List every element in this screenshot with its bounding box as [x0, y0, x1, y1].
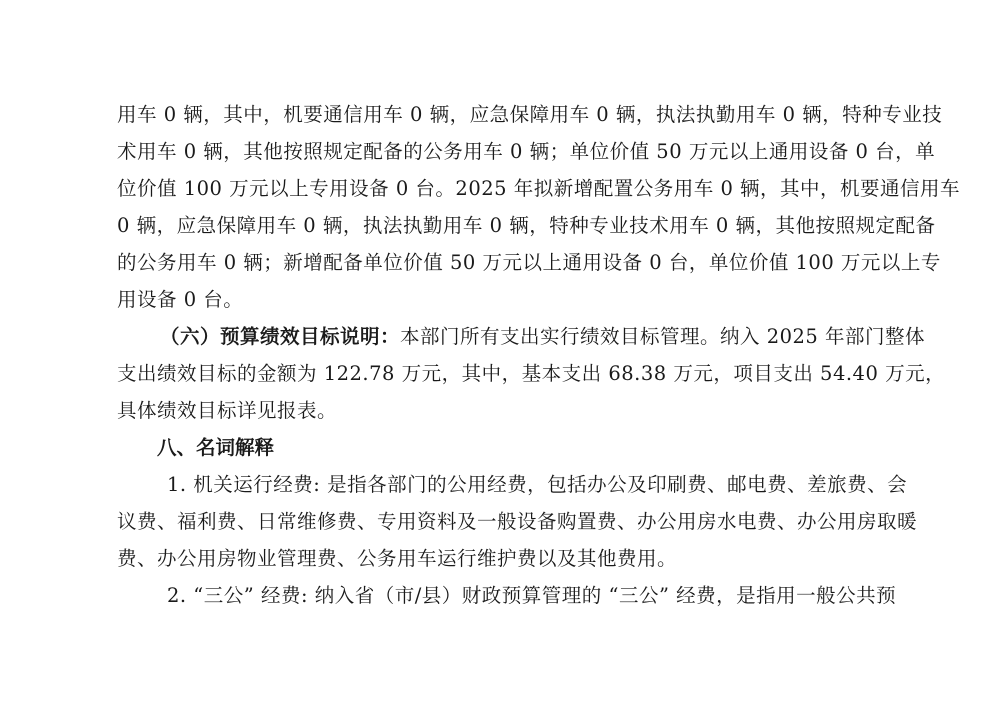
text-line: 的公务用车 0 辆；新增配备单位价值 50 万元以上通用设备 0 台，单位价值 … [117, 244, 877, 281]
glossary-item-1: 1. 机关运行经费: 是指各部门的公用经费，包括办公及印刷费、邮电费、差旅费、会… [117, 466, 877, 577]
text-line: 用车 0 辆，其中，机要通信用车 0 辆，应急保障用车 0 辆，执法执勤用车 0… [117, 96, 877, 133]
paragraph-vehicles: 用车 0 辆，其中，机要通信用车 0 辆，应急保障用车 0 辆，执法执勤用车 0… [117, 96, 877, 318]
text-line: 议费、福利费、日常维修费、专用资料及一般设备购置费、办公用房水电费、办公用房取暖 [117, 503, 877, 540]
text-line: （六）预算绩效目标说明：本部门所有支出实行绩效目标管理。纳入 2025 年部门整… [117, 318, 877, 355]
text-line: 1. 机关运行经费: 是指各部门的公用经费，包括办公及印刷费、邮电费、差旅费、会 [117, 466, 877, 503]
text-line: 具体绩效目标详见报表。 [117, 392, 877, 429]
text-line: 位价值 100 万元以上专用设备 0 台。2025 年拟新增配置公务用车 0 辆… [117, 170, 877, 207]
text-line: 支出绩效目标的金额为 122.78 万元，其中，基本支出 68.38 万元，项目… [117, 355, 877, 392]
section-six-text: 本部门所有支出实行绩效目标管理。纳入 2025 年部门整体 [400, 325, 925, 348]
text-line: 用设备 0 台。 [117, 281, 877, 318]
text-line: 0 辆，应急保障用车 0 辆，执法执勤用车 0 辆，特种专业技术用车 0 辆，其… [117, 207, 877, 244]
text-line: 费、办公用房物业管理费、公务用车运行维护费以及其他费用。 [117, 540, 877, 577]
text-line: 2. “三公” 经费: 纳入省（市/县）财政预算管理的 “三公” 经费，是指用一… [117, 577, 877, 614]
text-line: 术用车 0 辆，其他按照规定配备的公务用车 0 辆；单位价值 50 万元以上通用… [117, 133, 877, 170]
section-six-title: （六）预算绩效目标说明： [160, 325, 400, 348]
section-eight-heading: 八、名词解释 [117, 429, 877, 466]
glossary-item-2: 2. “三公” 经费: 纳入省（市/县）财政预算管理的 “三公” 经费，是指用一… [117, 577, 877, 614]
document-page: 用车 0 辆，其中，机要通信用车 0 辆，应急保障用车 0 辆，执法执勤用车 0… [117, 96, 877, 614]
section-six-performance-goals: （六）预算绩效目标说明：本部门所有支出实行绩效目标管理。纳入 2025 年部门整… [117, 318, 877, 429]
